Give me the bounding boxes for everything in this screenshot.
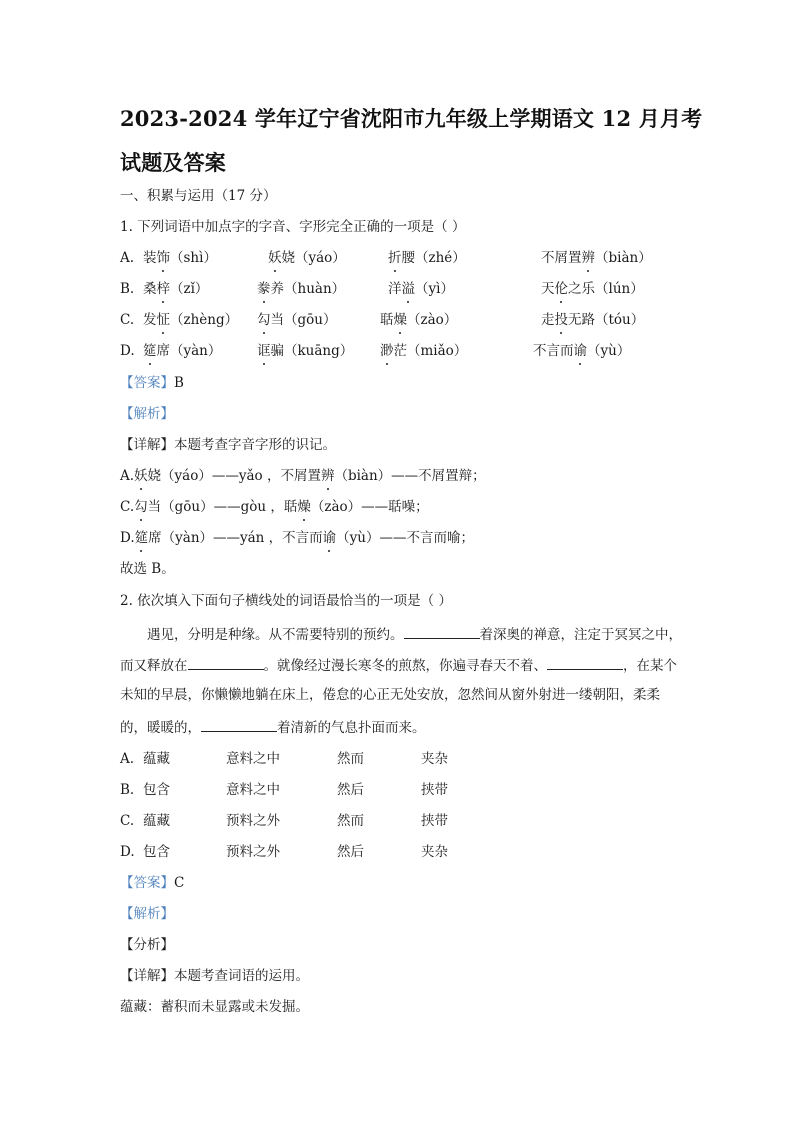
q1-option-c-label: C. — [120, 311, 134, 329]
q2-option-d-col1: 包含 — [143, 843, 170, 861]
q2-option-b-label: B. — [120, 781, 134, 799]
q2-option-d-col2: 预料之外 — [226, 843, 280, 861]
q2-fenxi-tag: 【分析】 — [120, 936, 174, 954]
q2-option-c-col1: 蕴藏 — [143, 812, 170, 830]
q2-option-a-col3: 然而 — [337, 750, 364, 768]
doc-title-line2: 试题及答案 — [120, 147, 680, 177]
document-page: 2023-2024 学年辽宁省沈阳市九年级上学期语文 12 月月考 试题及答案 … — [0, 0, 793, 1122]
q1-option-d-item1: 筵席（yàn） — [143, 342, 221, 360]
q2-option-a-col2: 意料之中 — [226, 750, 280, 768]
fill-blank-4 — [201, 717, 277, 732]
fill-blank-1 — [404, 624, 480, 639]
q1-option-d-item4: 不言而谕（yù） — [533, 342, 630, 360]
q1-explain-d: D.筵席（yàn）——yán ，不言而谕（yù）——不言而喻； — [120, 529, 474, 547]
q1-option-b-label: B. — [120, 280, 134, 298]
q2-option-d-col3: 然后 — [337, 843, 364, 861]
q1-option-b-item4: 天伦之乐（lún） — [541, 280, 644, 298]
q2-stem: 2. 依次填入下面句子横线处的词语最恰当的一项是（ ） — [120, 592, 452, 610]
q2-option-a-label: A. — [120, 750, 134, 768]
q2-passage-line3: 未知的早晨，你懒懒地躺在床上，倦怠的心正无处安放，忽然间从窗外射进一缕朝阳，柔柔 — [120, 686, 660, 704]
q2-option-c-label: C. — [120, 812, 134, 830]
q1-option-c-item1: 发怔（zhèng） — [143, 311, 238, 329]
q1-detail: 【详解】本题考查字音字形的识记。 — [120, 436, 336, 454]
fill-blank-3 — [547, 655, 623, 670]
q1-explain-c: C.勾当（gōu）——gòu ，聒燥（zào）——聒噪； — [120, 498, 429, 516]
q2-option-b-col4: 挟带 — [421, 781, 448, 799]
q2-option-c-col4: 挟带 — [421, 812, 448, 830]
q1-option-c-item3: 聒燥（zào） — [380, 311, 457, 329]
q2-passage-line4: 的，暖暖的，着清新的气息扑面而来。 — [120, 717, 426, 737]
q2-option-c-col3: 然而 — [337, 812, 364, 830]
q1-option-a-item2: 妖娆（yáo） — [268, 249, 346, 267]
q2-option-b-col3: 然后 — [337, 781, 364, 799]
q2-analysis-tag: 【解析】 — [120, 905, 174, 923]
section-heading: 一、积累与运用（17 分） — [120, 187, 276, 205]
q1-option-c-item2: 勾当（gōu） — [257, 311, 336, 329]
q2-option-d-col4: 夹杂 — [421, 843, 448, 861]
q1-explain-a: A.妖娆（yáo）——yǎo ，不屑置辨（biàn）——不屑置辩； — [120, 467, 486, 485]
q1-option-d-item2: 诓骗（kuāng） — [257, 342, 353, 360]
q2-option-c-col2: 预料之外 — [226, 812, 280, 830]
q1-answer: 【答案】B — [120, 374, 184, 392]
answer-value: C — [174, 875, 184, 891]
q1-option-a-item3: 折腰（zhé） — [388, 249, 466, 267]
q2-option-a-col1: 蕴藏 — [143, 750, 170, 768]
q1-option-a-label: A. — [120, 249, 134, 267]
q1-option-b-item3: 洋溢（yì） — [388, 280, 454, 298]
answer-tag: 【答案】 — [120, 375, 174, 391]
fill-blank-2 — [188, 655, 264, 670]
q1-stem: 1. 下列词语中加点字的字音、字形完全正确的一项是（ ） — [120, 218, 465, 236]
doc-title-line1: 2023-2024 学年辽宁省沈阳市九年级上学期语文 12 月月考 — [120, 103, 680, 133]
q1-option-b-item2: 豢养（huàn） — [257, 280, 345, 298]
q2-option-a-col4: 夹杂 — [421, 750, 448, 768]
answer-tag: 【答案】 — [120, 875, 174, 891]
q1-option-b-item1: 桑梓（zǐ） — [143, 280, 208, 298]
q1-option-a-item1: 装饰（shì） — [143, 249, 217, 267]
q1-analysis-tag: 【解析】 — [120, 405, 174, 423]
q1-conclusion: 故选 B。 — [120, 560, 175, 578]
q2-passage-line2: 而又释放在。就像经过漫长寒冬的煎熬，你遍寻春天不着、，在某个 — [120, 655, 677, 675]
q2-option-b-col2: 意料之中 — [226, 781, 280, 799]
q1-option-a-item4: 不屑置辨（biàn） — [541, 249, 652, 267]
q1-option-d-item3: 渺茫（miǎo） — [380, 342, 467, 360]
q2-note: 蕴藏：蓄积而未显露或未发掘。 — [120, 998, 309, 1016]
q2-passage-line1: 遇见，分明是种缘。从不需要特别的预约。着深奥的禅意，注定于冥冥之中， — [147, 624, 682, 644]
q2-option-d-label: D. — [120, 843, 135, 861]
q2-detail: 【详解】本题考查词语的运用。 — [120, 967, 309, 985]
q2-answer: 【答案】C — [120, 874, 184, 892]
q1-option-c-item4: 走投无路（tóu） — [541, 311, 644, 329]
q1-option-d-label: D. — [120, 342, 135, 360]
q2-option-b-col1: 包含 — [143, 781, 170, 799]
answer-value: B — [174, 375, 184, 391]
